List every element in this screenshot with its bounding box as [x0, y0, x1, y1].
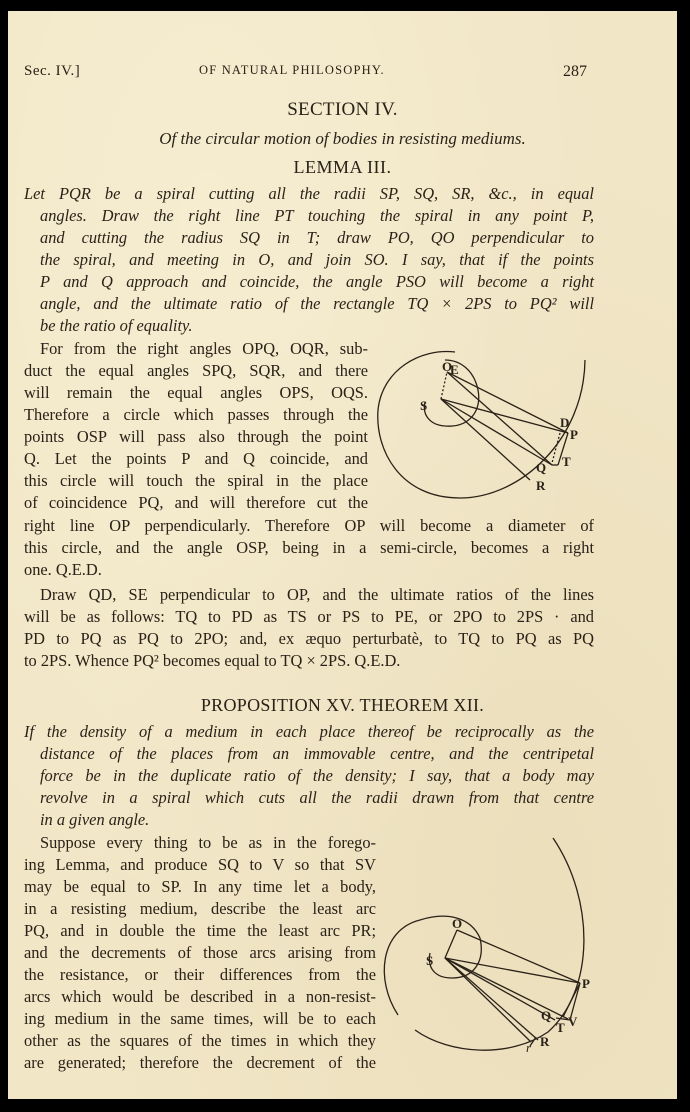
- proposition-statement-line: revolve in a spiral which cuts all the r…: [40, 787, 594, 809]
- label-T: T: [556, 1020, 565, 1035]
- proposition-proof-line: ing medium in the same times, will be to…: [24, 1008, 376, 1030]
- lemma-statement-line: angles. Draw the right line PT touching …: [40, 205, 594, 227]
- proposition-proof-line: other as the squares of the times in whi…: [24, 1030, 376, 1052]
- label-T: T: [562, 454, 571, 469]
- label-R: R: [540, 1034, 550, 1049]
- lemma-spiral-diagram: O E S D P T Q R: [370, 330, 600, 510]
- proposition-proof-line: the resistance, or their differences fro…: [24, 964, 376, 986]
- section-title: SECTION IV.: [8, 99, 677, 121]
- lemma-statement-line: be the ratio of equality.: [40, 315, 193, 337]
- label-Q: Q: [536, 460, 546, 475]
- label-P: P: [582, 976, 590, 991]
- lemma-proof-line: one. Q.E.D.: [24, 559, 102, 581]
- label-r: r: [526, 1040, 532, 1055]
- paragraph-line: to 2PS. Whence PQ² becomes equal to TQ ×…: [24, 650, 400, 672]
- label-D: D: [560, 415, 569, 430]
- proposition-proof-line: are generated; therefore the decrement o…: [24, 1052, 376, 1074]
- paragraph-line: Draw QD, SE perpendicular to OP, and the…: [40, 584, 594, 606]
- label-S: S: [426, 953, 433, 968]
- lemma-proof-line: this circle, and the angle OSP, being in…: [24, 537, 594, 559]
- running-head-section: Sec. IV.]: [24, 63, 80, 80]
- proposition-statement-line: force be in the duplicate ratio of the d…: [40, 765, 594, 787]
- lemma-proof-line: For from the right angles OPQ, OQR, sub-: [40, 338, 368, 360]
- label-V: V: [568, 1014, 578, 1029]
- proposition-proof-line: Suppose every thing to be as in the fore…: [40, 832, 376, 854]
- lemma-proof-line: Therefore a circle which passes through …: [24, 404, 368, 426]
- label-O: O: [452, 916, 462, 931]
- proposition-proof-line: in a resisting medium, describe the leas…: [24, 898, 376, 920]
- lemma-proof-line: will remain the equal angles OPS, OQS.: [24, 382, 368, 404]
- proposition-proof-line: ing Lemma, and produce SQ to V so that S…: [24, 854, 376, 876]
- lemma-proof-line: points OSP will pass also through the po…: [24, 426, 368, 448]
- proposition-title: PROPOSITION XV. THEOREM XII.: [8, 695, 677, 716]
- proposition-spiral-diagram: O S P Q T V R r: [380, 820, 610, 1060]
- lemma-statement-line: angle, and the ultimate ratio of the rec…: [40, 293, 594, 315]
- label-P: P: [570, 427, 578, 442]
- lemma-proof-line: duct the equal angles SPQ, SQR, and ther…: [24, 360, 368, 382]
- lemma-statement-line: the spiral, and meeting in O, and join S…: [40, 249, 594, 271]
- label-Q: Q: [541, 1008, 551, 1023]
- lemma-proof-line: right line OP perpendicularly. Therefore…: [24, 515, 594, 537]
- lemma-proof-line: of coincidence PQ, and will therefore cu…: [24, 492, 368, 514]
- proposition-proof-line: and the decrements of those arcs arising…: [24, 942, 376, 964]
- proposition-statement-line: distance of the places from an immovable…: [40, 743, 594, 765]
- proposition-proof-line: may be equal to SP. In any time let a bo…: [24, 876, 376, 898]
- paragraph-line: will be as follows: TQ to PD as TS or PS…: [24, 606, 594, 628]
- lemma-statement-line: Let PQR be a spiral cutting all the radi…: [24, 183, 594, 205]
- proposition-statement-line: in a given angle.: [40, 809, 149, 831]
- lemma-statement-line: and cutting the radius SQ in T; draw PO,…: [40, 227, 594, 249]
- proposition-proof-line: arcs which would be described in a non-r…: [24, 986, 376, 1008]
- lemma-title: LEMMA III.: [8, 157, 677, 178]
- label-S: S: [420, 398, 427, 413]
- book-page: Sec. IV.] OF NATURAL PHILOSOPHY. 287 SEC…: [8, 11, 677, 1099]
- section-subtitle: Of the circular motion of bodies in resi…: [8, 129, 677, 149]
- lemma-proof-line: Q. Let the points P and Q coincide, and: [24, 448, 368, 470]
- page-number: 287: [563, 63, 587, 81]
- lemma-proof-line: this circle will touch the spiral in the…: [24, 470, 368, 492]
- proposition-statement-line: If the density of a medium in each place…: [24, 721, 594, 743]
- label-R: R: [536, 478, 546, 493]
- proposition-proof-line: PQ, and in double the time the least arc…: [24, 920, 376, 942]
- label-E: E: [450, 362, 459, 377]
- paragraph-line: PD to PQ as PQ to 2PO; and, ex æquo pert…: [24, 628, 594, 650]
- running-head-title: OF NATURAL PHILOSOPHY.: [199, 63, 385, 78]
- lemma-statement-line: P and Q approach and coincide, the angle…: [40, 271, 594, 293]
